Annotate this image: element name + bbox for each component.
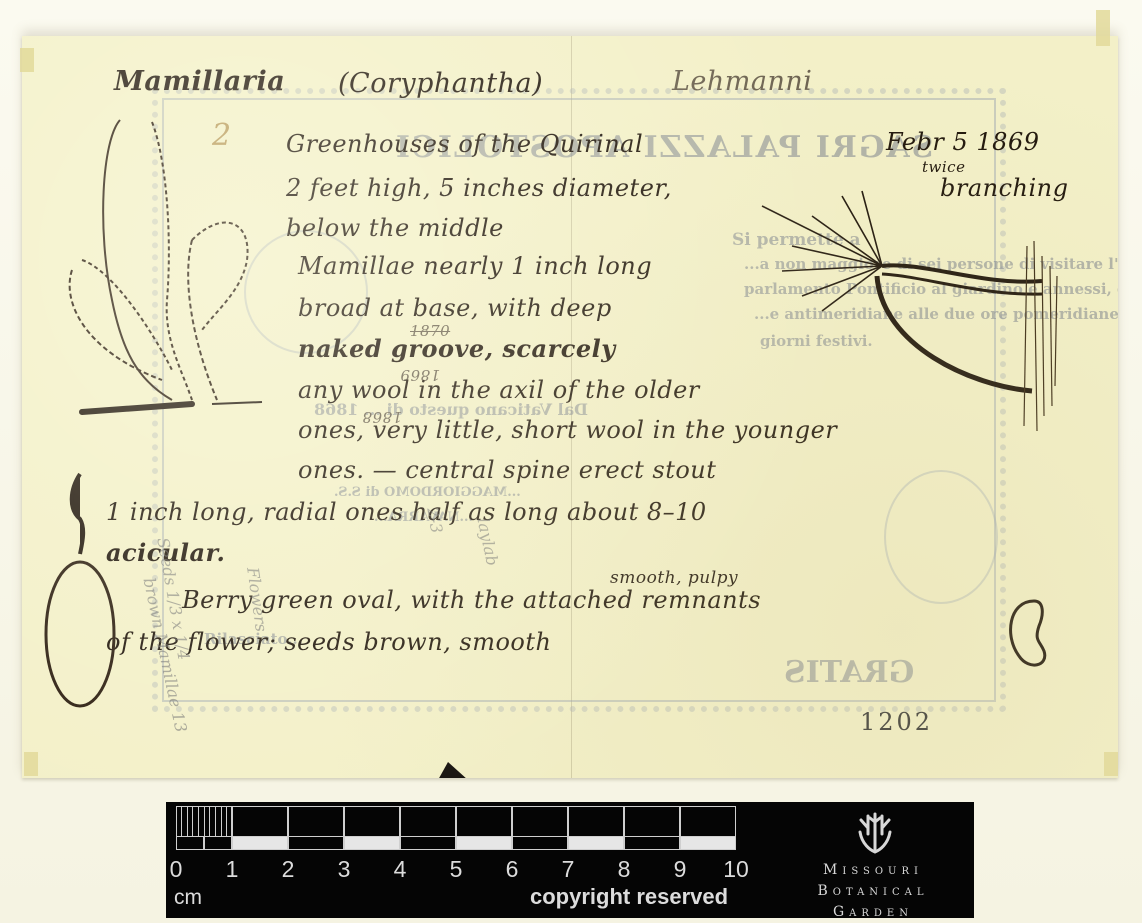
tick-label: 6	[506, 856, 519, 883]
tick-label: 8	[618, 856, 631, 883]
tick-label: 2	[282, 856, 295, 883]
specimen-number: 1202	[860, 708, 933, 736]
tick-label: 3	[338, 856, 351, 883]
tick-label: 0	[170, 856, 183, 883]
tick-label: 7	[562, 856, 575, 883]
herbarium-sheet: SAGRI PALAZZI APOSTOLICI Si permette a .…	[22, 36, 1118, 778]
ink-blot	[428, 758, 478, 778]
note-date: Febr 5 1869	[886, 128, 1039, 156]
mamilla-spine-sketch	[752, 186, 1072, 436]
unit-label: cm	[174, 886, 202, 910]
subgenus-name: (Coryphantha)	[338, 68, 543, 99]
cm-scale-bar: 0 1 2 3 4 5 6 7 8 9 10	[176, 806, 736, 854]
species-name: Lehmanni	[672, 66, 812, 97]
mounting-tape	[24, 752, 38, 776]
tick-label: 5	[450, 856, 463, 883]
tick-label: 4	[394, 856, 407, 883]
note-line: ones. — central spine erect stout	[298, 456, 716, 484]
copyright-notice: copyright reserved	[530, 884, 728, 910]
note-line: below the middle	[286, 214, 504, 242]
note-insertion: smooth, pulpy	[610, 568, 738, 588]
ticket-gratis: GRATIS	[784, 655, 914, 690]
mounting-tape	[1096, 10, 1110, 46]
papal-seal-stamp	[884, 470, 998, 604]
seed-sketch	[1004, 596, 1064, 676]
mounting-tape	[20, 48, 34, 72]
note-line: Greenhouses of the Quirinal	[286, 130, 643, 158]
note-line: broad at base, with deep	[298, 294, 612, 322]
note-line: any wool in the axil of the older	[298, 376, 700, 404]
genus-name: Mamillaria	[114, 66, 285, 97]
mounting-tape	[1104, 752, 1118, 776]
note-line: 1 inch long, radial ones half as long ab…	[106, 498, 707, 526]
note-line: naked groove, scarcely	[298, 334, 616, 363]
brand-line: Garden	[778, 902, 968, 923]
struck-number: 1870	[410, 322, 450, 340]
note-line: Mamillae nearly 1 inch long	[298, 252, 652, 280]
cactus-sketch	[42, 100, 262, 430]
tick-label: 10	[723, 856, 749, 883]
berry-sketch	[62, 464, 142, 704]
note-line: Berry green oval, with the attached remn…	[182, 586, 761, 614]
tick-label: 1	[226, 856, 239, 883]
tick-label: 9	[674, 856, 687, 883]
institution-brand: Missouri Botanical Garden	[778, 810, 968, 923]
mbg-leaf-logo-icon	[856, 810, 894, 854]
scale-ruler: 0 1 2 3 4 5 6 7 8 9 10 cm copyright rese…	[166, 802, 974, 918]
note-line: 2 feet high, 5 inches diameter,	[286, 174, 672, 202]
brand-line: Missouri	[778, 860, 968, 881]
brand-line: Botanical	[778, 881, 968, 902]
